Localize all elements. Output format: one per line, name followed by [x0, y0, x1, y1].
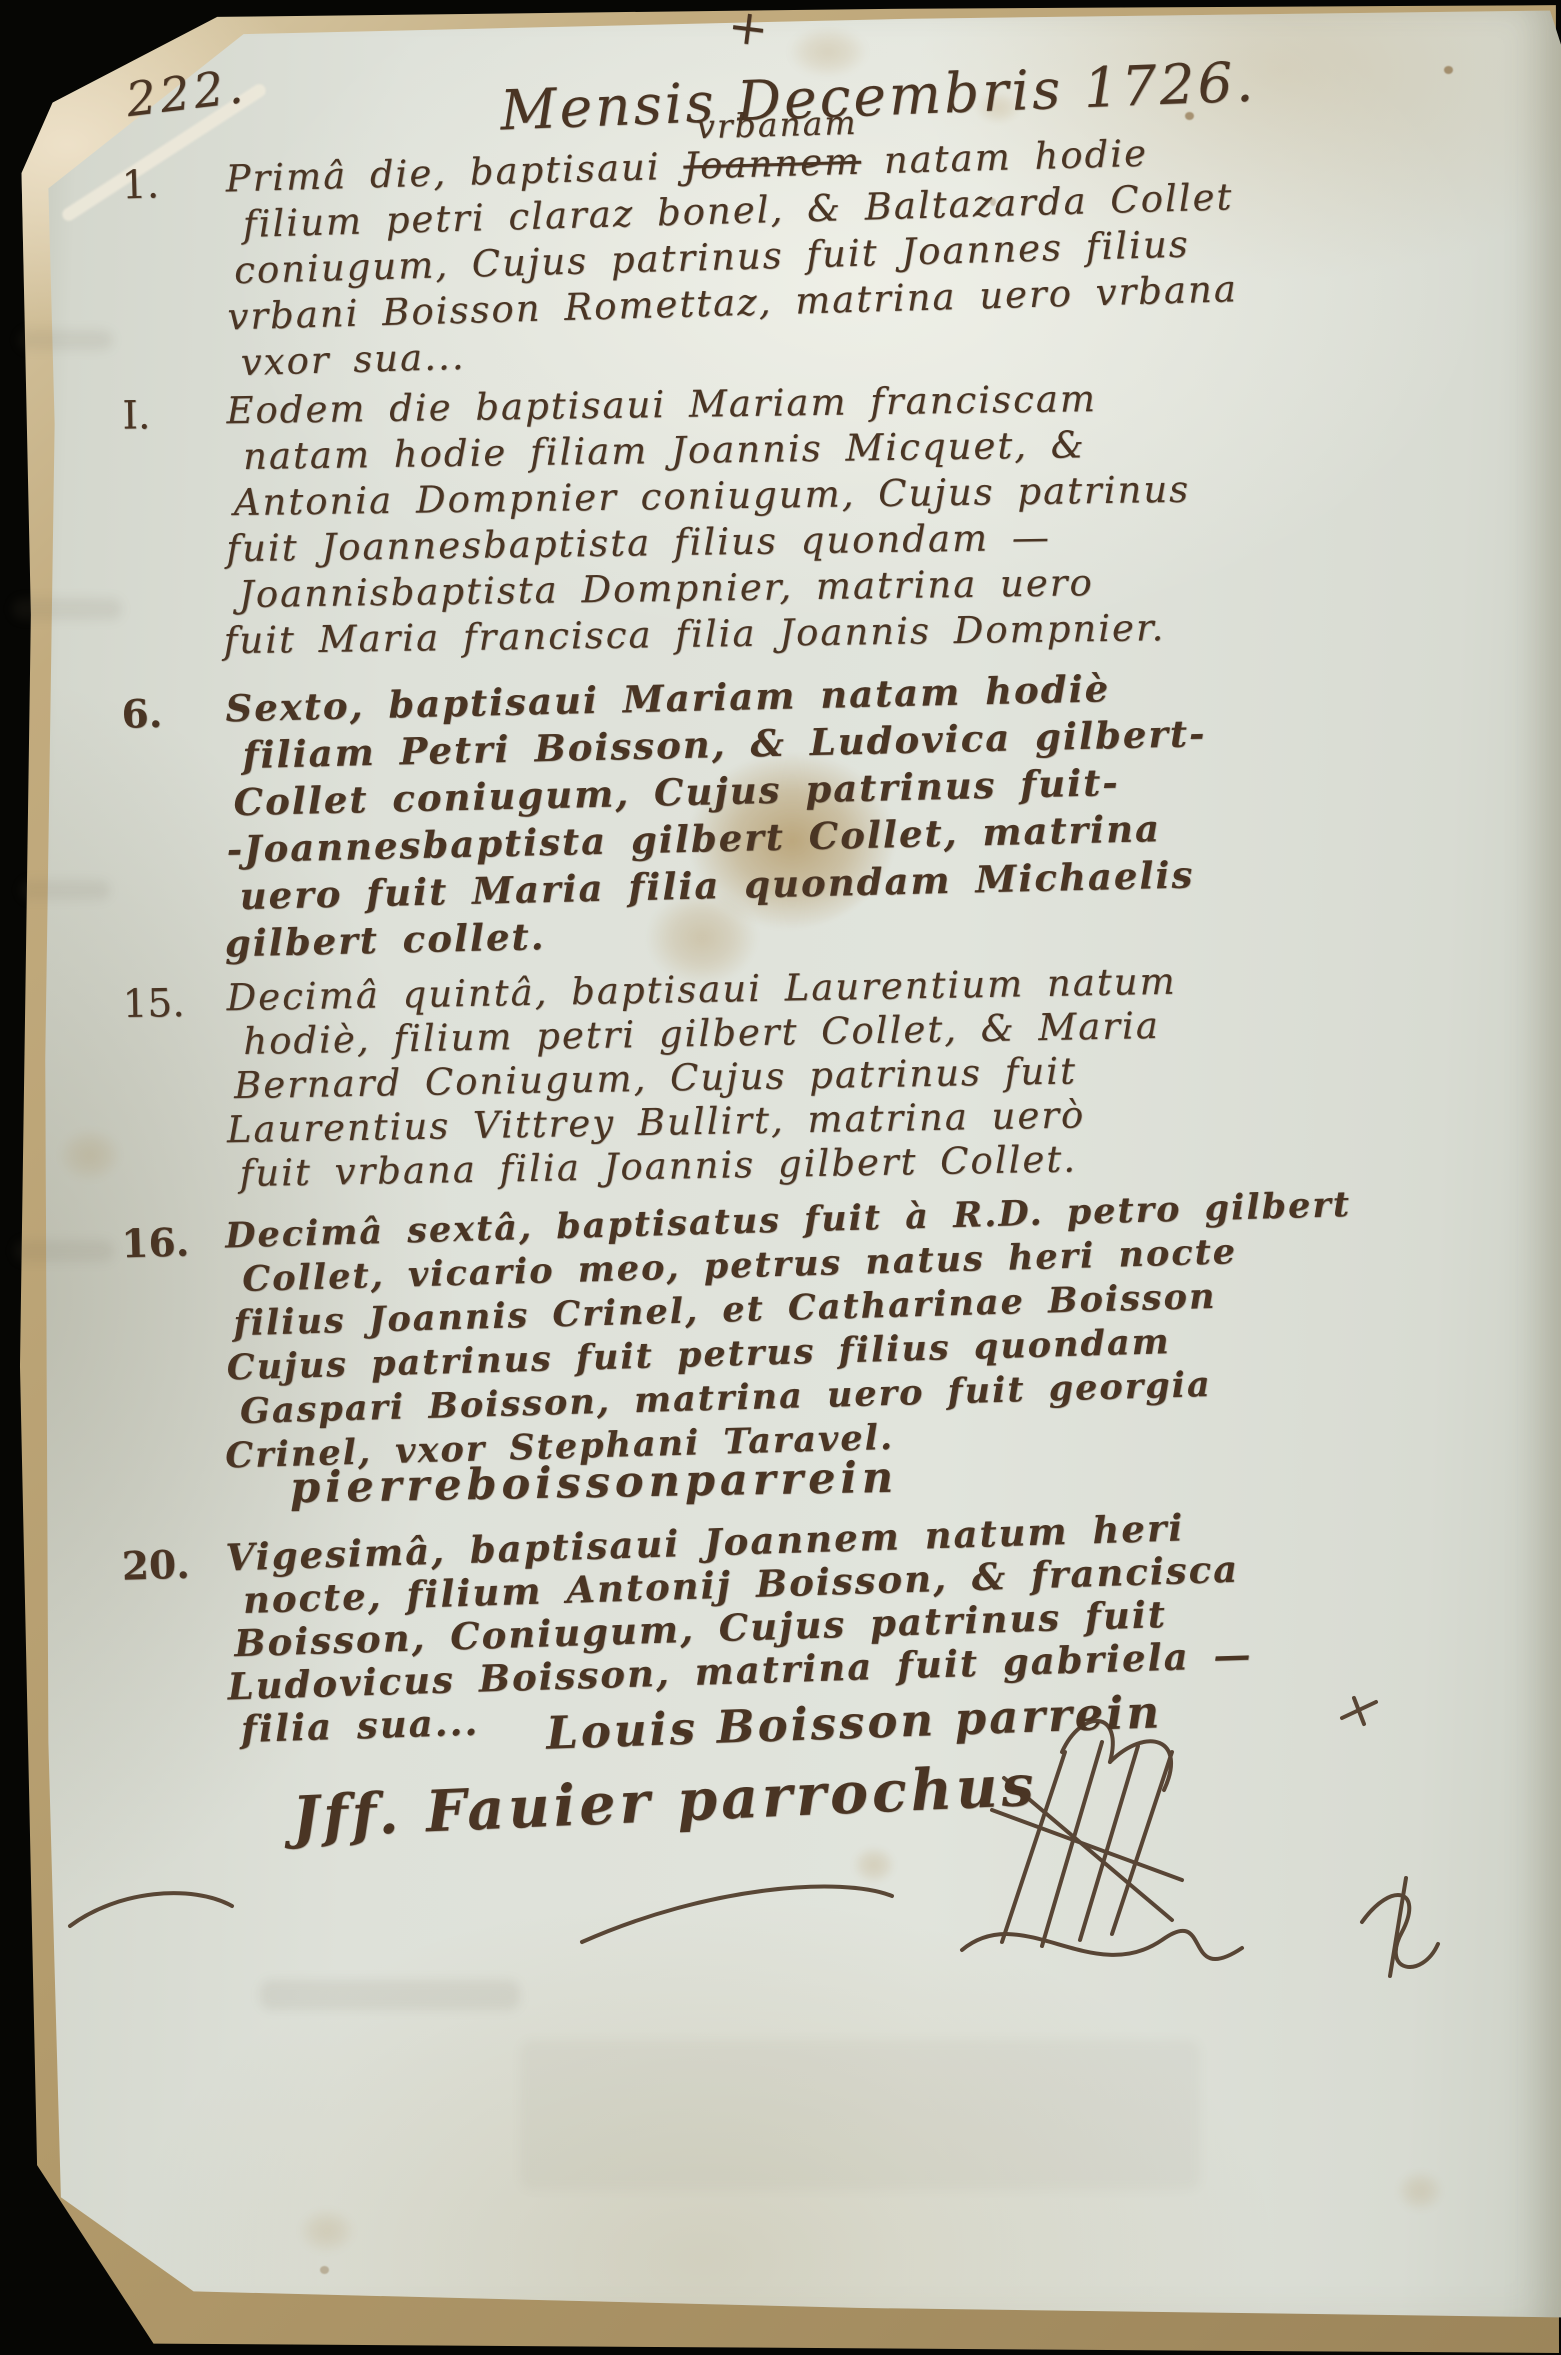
baptism-entry: 6. Sexto, baptisaui Mariam natam hodiè f…	[113, 656, 1519, 970]
baptism-entry: 15. Decimâ quintâ, baptisaui Laurentium …	[114, 954, 1518, 1198]
inserted-word: vrbanam	[696, 100, 859, 150]
page-title: Mensis Decembris 1726.	[499, 50, 1257, 143]
handwriting-layer: 222. + Mensis Decembris 1726. 1. Primâ d…	[0, 0, 1561, 2355]
entry-text: Decimâ quintâ, baptisaui Laurentium natu…	[226, 954, 1518, 1196]
entry-number: 1.	[121, 162, 159, 208]
baptism-entry: I. Eodem die baptisaui Mariam franciscam…	[114, 370, 1518, 666]
entry-text: Primâ die, baptisaui Joannemvrbanam nata…	[225, 120, 1519, 386]
cross-mark: +	[725, 0, 772, 58]
entry-line-text: natam hodie	[860, 132, 1148, 183]
page-number: 222.	[123, 59, 249, 128]
entry-text: Eodem die baptisaui Mariam franciscam na…	[226, 370, 1518, 664]
entry-number: I.	[122, 393, 150, 438]
godfather-signature: pierreboissonparrein	[290, 1453, 899, 1514]
signature-flourish	[60, 1690, 1450, 1990]
entry-number: 20.	[121, 1542, 190, 1590]
baptism-entry: 16. Decimâ sextâ, baptisatus fuit à R.D.…	[113, 1179, 1520, 1482]
entry-number: 6.	[121, 691, 163, 738]
entry-number: 16.	[121, 1219, 190, 1267]
manuscript-photo: { "page": { "number": "222.", "cross_mar…	[0, 0, 1561, 2355]
entry-text: Sexto, baptisaui Mariam natam hodiè fili…	[225, 656, 1519, 967]
baptism-entry: 1. Primâ die, baptisaui Joannemvrbanam n…	[113, 120, 1519, 389]
entry-number: 15.	[122, 981, 185, 1027]
entry-text: Decimâ sextâ, baptisatus fuit à R.D. pet…	[225, 1179, 1520, 1479]
struck-word: Joannemvrbanam	[683, 140, 862, 188]
